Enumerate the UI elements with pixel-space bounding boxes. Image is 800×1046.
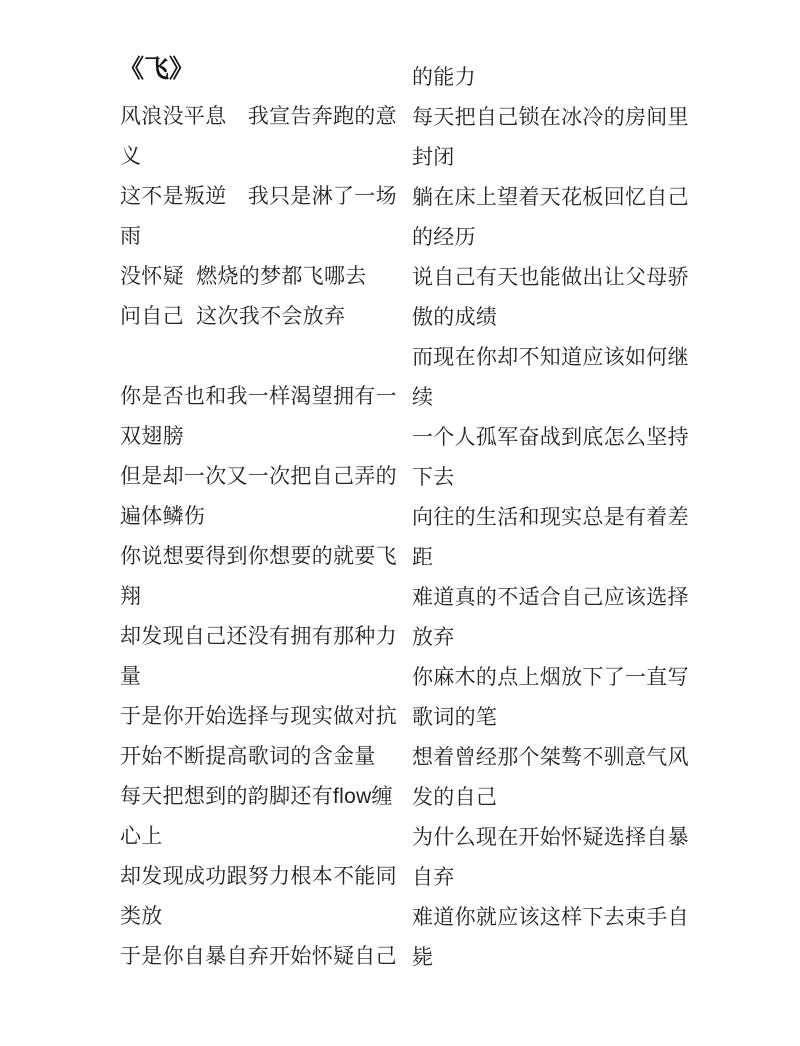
- lyric-line: 放弃: [412, 618, 704, 658]
- lyric-line: 下去: [412, 458, 704, 498]
- stanza-gap: [120, 337, 412, 377]
- lyric-line: 每天把自己锁在冰冷的房间里: [412, 98, 704, 138]
- lyric-line: 自弃: [412, 858, 704, 898]
- lyric-line: 翔: [120, 577, 412, 617]
- lyric-line: 续: [412, 378, 704, 418]
- lyric-line: 心上: [120, 817, 412, 857]
- lyric-line: 傲的成绩: [412, 298, 704, 338]
- lyric-line: 这不是叛逆 我只是淋了一场: [120, 177, 412, 217]
- lyric-line: 的能力: [412, 58, 704, 98]
- lyric-line: 量: [120, 657, 412, 697]
- lyric-line: 开始不断提高歌词的含金量: [120, 737, 412, 777]
- lyric-line: 而现在你却不知道应该如何继: [412, 338, 704, 378]
- lyric-line: 向往的生活和现实总是有着差: [412, 498, 704, 538]
- lyric-line: 难道真的不适合自己应该选择: [412, 578, 704, 618]
- lyric-line: 却发现自己还没有拥有那种力: [120, 617, 412, 657]
- lyric-line: 雨: [120, 217, 412, 257]
- lyric-line: 问自己 这次我不会放弃: [120, 297, 412, 337]
- lyric-line: 义: [120, 137, 412, 177]
- lyric-line: 毙: [412, 938, 704, 978]
- lyric-line: 的经历: [412, 218, 704, 258]
- lyric-line: 类放: [120, 897, 412, 937]
- lyric-line: 想着曾经那个桀骜不驯意气风: [412, 738, 704, 778]
- lyrics-column-left: 风浪没平息 我宣告奔跑的意义这不是叛逆 我只是淋了一场雨没怀疑 燃烧的梦都飞哪去…: [120, 97, 412, 977]
- lyric-line: 难道你就应该这样下去束手自: [412, 898, 704, 938]
- lyric-line: 每天把想到的韵脚还有flow缠: [120, 777, 412, 817]
- lyrics-column-right: 的能力每天把自己锁在冰冷的房间里封闭躺在床上望着天花板回忆自己的经历说自己有天也…: [412, 58, 704, 978]
- lyric-line: 却发现成功跟努力根本不能同: [120, 857, 412, 897]
- lyric-line: 没怀疑 燃烧的梦都飞哪去: [120, 257, 412, 297]
- lyric-line: 你说想要得到你想要的就要飞: [120, 537, 412, 577]
- lyric-line: 一个人孤军奋战到底怎么坚持: [412, 418, 704, 458]
- lyric-line: 于是你开始选择与现实做对抗: [120, 697, 412, 737]
- lyric-line: 躺在床上望着天花板回忆自己: [412, 178, 704, 218]
- lyrics-page: 《飞》 风浪没平息 我宣告奔跑的意义这不是叛逆 我只是淋了一场雨没怀疑 燃烧的梦…: [0, 0, 800, 1046]
- lyric-line: 距: [412, 538, 704, 578]
- lyric-line: 发的自己: [412, 778, 704, 818]
- lyric-line: 但是却一次又一次把自己弄的: [120, 457, 412, 497]
- lyric-line: 你麻木的点上烟放下了一直写: [412, 658, 704, 698]
- song-title: 《飞》: [119, 52, 194, 86]
- lyric-line: 说自己有天也能做出让父母骄: [412, 258, 704, 298]
- lyric-line: 风浪没平息 我宣告奔跑的意: [120, 97, 412, 137]
- lyric-line: 于是你自暴自弃开始怀疑自己: [120, 937, 412, 977]
- lyric-line: 歌词的笔: [412, 698, 704, 738]
- lyric-line: 遍体鳞伤: [120, 497, 412, 537]
- lyric-line: 为什么现在开始怀疑选择自暴: [412, 818, 704, 858]
- lyric-line: 封闭: [412, 138, 704, 178]
- lyric-line: 你是否也和我一样渴望拥有一: [120, 377, 412, 417]
- lyric-line: 双翅膀: [120, 417, 412, 457]
